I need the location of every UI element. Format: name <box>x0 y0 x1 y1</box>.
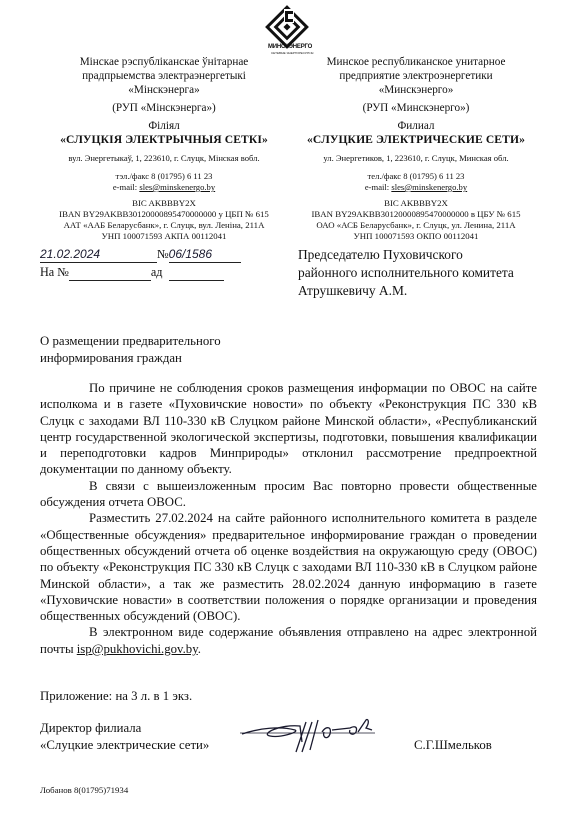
org-line4: (РУП «Мінскэнерга») <box>44 101 284 115</box>
header-right: Минское республиканское унитарное предпр… <box>296 55 536 242</box>
subject: О размещении предварительного информиров… <box>40 333 221 366</box>
org-line1: Мінскае рэспубліканскае ўнітарнае <box>44 55 284 69</box>
bank: ОАО «АСБ Беларусбанк», г. Слуцк, ул. Лен… <box>296 220 536 231</box>
executor: Лобанов 8(01795)71934 <box>40 785 128 795</box>
signer-name: С.Г.Шмельков <box>414 737 492 754</box>
paragraph-4-end: . <box>198 642 201 656</box>
paragraph-3: Разместить 27.02.2024 на сайте районного… <box>40 510 537 624</box>
address: ул. Энергетиков, 1, 223610, г. Слуцк, Ми… <box>296 153 536 164</box>
signer-title-line2: «Слуцкие электрические сети» <box>40 737 209 754</box>
paragraph-2: В связи с вышеизложенным просим Вас повт… <box>40 478 537 511</box>
email-link[interactable]: isp@pukhovichi.gov.by <box>77 642 198 656</box>
unp: УНП 100071593 АКПА 00112041 <box>44 231 284 242</box>
bic: BIC AKBBBY2X <box>296 198 536 209</box>
org-line3: «Минскэнерго» <box>296 83 536 97</box>
iban: IBAN BY29AKBB30120000895470000000 в ЦБУ … <box>296 209 536 220</box>
phone: тэл./факс 8 (01795) 6 11 23 <box>44 171 284 182</box>
reg-number: 06/1586 <box>169 247 212 261</box>
email-label: e-mail: <box>113 182 140 192</box>
org-line1: Минское республиканское унитарное <box>296 55 536 69</box>
org-line2: предприятие электроэнергетики <box>296 69 536 83</box>
addressee-line1: Председателю Пуховичского <box>298 246 514 264</box>
branch-name: «СЛУЦКИЕ ЭЛЕКТРИЧЕСКИЕ СЕТИ» <box>296 133 536 147</box>
email-line: e-mail: sles@minskenergo.by <box>296 182 536 193</box>
signer-title: Директор филиала «Слуцкие электрические … <box>40 720 209 753</box>
signer-title-line1: Директор филиала <box>40 720 209 737</box>
unp: УНП 100071593 ОКПО 00112041 <box>296 231 536 242</box>
logo-text: МИНСКЭНЕРГО <box>268 44 312 50</box>
registration-block: 21.02.2024№06/1586 На № ад <box>40 247 270 283</box>
header-left: Мінскае рэспубліканскае ўнітарнае прадпр… <box>44 55 284 242</box>
org-line4: (РУП «Минскэнерго») <box>296 101 536 115</box>
branch-name: «СЛУЦКІЯ ЭЛЕКТРЫЧНЫЯ СЕТКІ» <box>44 133 284 147</box>
email-link[interactable]: sles@minskenergo.by <box>391 182 467 192</box>
email-label: e-mail: <box>365 182 392 192</box>
subject-line1: О размещении предварительного <box>40 333 221 350</box>
addressee: Председателю Пуховичского районного испо… <box>298 246 514 300</box>
reg-number-label: № <box>157 247 169 261</box>
letter-body: По причине не соблюдения сроков размещен… <box>40 380 537 657</box>
bic: BIC AKBBBY2X <box>44 198 284 209</box>
paragraph-1: По причине не соблюдения сроков размещен… <box>40 380 537 478</box>
iban: IBAN BY29AKBB30120000895470000000 у ЦБП … <box>44 209 284 220</box>
addressee-line2: районного исполнительного комитета <box>298 264 514 282</box>
org-line3: «Мінскэнерга» <box>44 83 284 97</box>
signature-icon <box>240 712 380 762</box>
branch-label: Филиал <box>296 119 536 133</box>
subject-line2: информирования граждан <box>40 350 221 367</box>
address: вул. Энергетыкаў, 1, 223610, г. Слуцк, М… <box>44 153 284 164</box>
org-line2: прадпрыемства электраэнергетыкі <box>44 69 284 83</box>
email-line: e-mail: sles@minskenergo.by <box>44 182 284 193</box>
ref-from-label: ад <box>151 265 163 279</box>
branch-label: Філіял <box>44 119 284 133</box>
ref-label: На № <box>40 265 69 279</box>
attachment: Приложение: на 3 л. в 1 экз. <box>40 688 192 705</box>
bank: ААТ «ААБ Беларусбанк», г. Слуцк, вул. Ле… <box>44 220 284 231</box>
addressee-line3: Атрушкевичу А.М. <box>298 282 514 300</box>
paragraph-4: В электронном виде содержание объявления… <box>40 624 537 657</box>
email-link[interactable]: sles@minskenergo.by <box>139 182 215 192</box>
phone: тел./факс 8 (01795) 6 11 23 <box>296 171 536 182</box>
reg-date: 21.02.2024 <box>40 247 100 261</box>
